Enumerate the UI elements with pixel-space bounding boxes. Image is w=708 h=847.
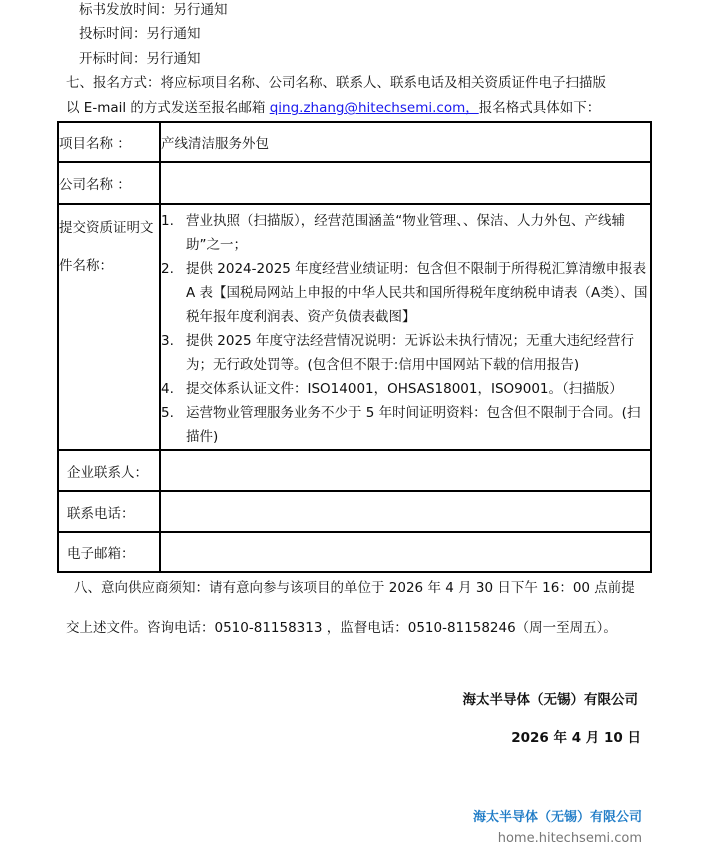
section7-heading: 七、报名方式：将应标项目名称、公司名称、联系人、联系电话及相关资质证件电子扫描版 [66,73,606,93]
schedule-label: 开标时间： [79,51,147,67]
registration-email-link[interactable]: qing.zhang@hitechsemi.com， [270,100,479,116]
requirement-item: 4.提交体系认证文件：ISO14001，OHSAS18001，ISO9001。（… [161,377,650,401]
requirement-text: 提交体系认证文件：ISO14001，OHSAS18001，ISO9001。（扫描… [186,381,623,397]
requirement-item: 3.提供 2025 年度守法经营情况说明：无诉讼未执行情况；无重大违纪经营行为；… [161,329,650,377]
requirement-text: 提供 2025 年度守法经营情况说明：无诉讼未执行情况；无重大违纪经营行为；无行… [186,333,634,373]
email-label: 电子邮箱： [58,532,160,572]
schedule-bid-doc-release: 标书发放时间：另行通知 [79,0,228,20]
schedule-label: 投标时间： [79,26,147,42]
requirement-text: 运营物业管理服务业务不少于 5 年时间证明资料：包含但不限制于合同。(扫描件) [186,405,640,445]
requirement-item: 5.运营物业管理服务业务不少于 5 年时间证明资料：包含但不限制于合同。(扫描件… [161,401,650,449]
registration-form-table: 项目名称 ： 产线清洁服务外包 公司名称 ： 提交资质证明文 件名称： 1.营业… [57,121,652,573]
schedule-value: 另行通知 [174,2,228,18]
schedule-value: 另行通知 [147,26,201,42]
signoff-company: 海太半导体（无锡）有限公司 [463,690,639,710]
row-phone: 联系电话： [58,491,651,532]
requirement-number: 2. [161,257,174,281]
requirement-text: 提供 2024-2025 年度经营业绩证明：包含但不限制于所得税汇算清缴申报表 … [186,261,648,325]
project-name-value: 产线清洁服务外包 [160,122,651,162]
company-name-field[interactable] [160,162,651,204]
row-email: 电子邮箱： [58,532,651,572]
qualification-docs-list: 1.营业执照（扫描版），经营范围涵盖“物业管理、、保洁、人力外包、产线辅助”之一… [160,204,651,450]
watermark-url: home.hitechsemi.com [498,829,642,847]
project-name-label: 项目名称 ： [58,122,160,162]
company-name-label: 公司名称 ： [58,162,160,204]
requirement-number: 5. [161,401,174,425]
phone-label: 联系电话： [58,491,160,532]
schedule-value: 另行通知 [147,51,201,67]
row-project-name: 项目名称 ： 产线清洁服务外包 [58,122,651,162]
contact-person-field[interactable] [160,450,651,491]
row-company-name: 公司名称 ： [58,162,651,204]
section8-line1: 八、意向供应商须知：请有意向参与该项目的单位于 2026 年 4 月 30 日下… [74,578,635,598]
row-contact-person: 企业联系人： [58,450,651,491]
signoff-date: 2026 年 4 月 10 日 [511,728,641,748]
row-qualification-docs: 提交资质证明文 件名称： 1.营业执照（扫描版），经营范围涵盖“物业管理、、保洁… [58,204,651,450]
requirement-number: 1. [161,209,174,233]
requirement-item: 1.营业执照（扫描版），经营范围涵盖“物业管理、、保洁、人力外包、产线辅助”之一… [161,209,650,257]
section7-instructions: 以 E-mail 的方式发送至报名邮箱 qing.zhang@hitechsem… [66,98,600,118]
watermark-company: 海太半导体（无锡）有限公司 [473,808,642,828]
qualification-docs-label: 提交资质证明文 件名称： [58,204,160,450]
email-field[interactable] [160,532,651,572]
contact-person-label: 企业联系人： [58,450,160,491]
phone-field[interactable] [160,491,651,532]
requirement-number: 3. [161,329,174,353]
section7-suffix: 报名格式具体如下： [479,100,601,116]
requirements-list: 1.营业执照（扫描版），经营范围涵盖“物业管理、、保洁、人力外包、产线辅助”之一… [161,209,650,449]
schedule-label: 标书发放时间： [79,2,174,18]
requirement-text: 营业执照（扫描版），经营范围涵盖“物业管理、、保洁、人力外包、产线辅助”之一； [186,213,625,253]
section8-line2: 交上述文件。咨询电话：0510-81158313 ，监督电话：0510-8115… [66,618,617,638]
requirement-number: 4. [161,377,174,401]
schedule-bidding: 投标时间：另行通知 [79,24,201,44]
section7-prefix: 以 E-mail 的方式发送至报名邮箱 [66,100,270,116]
schedule-bid-opening: 开标时间：另行通知 [79,49,201,69]
requirement-item: 2.提供 2024-2025 年度经营业绩证明：包含但不限制于所得税汇算清缴申报… [161,257,650,329]
